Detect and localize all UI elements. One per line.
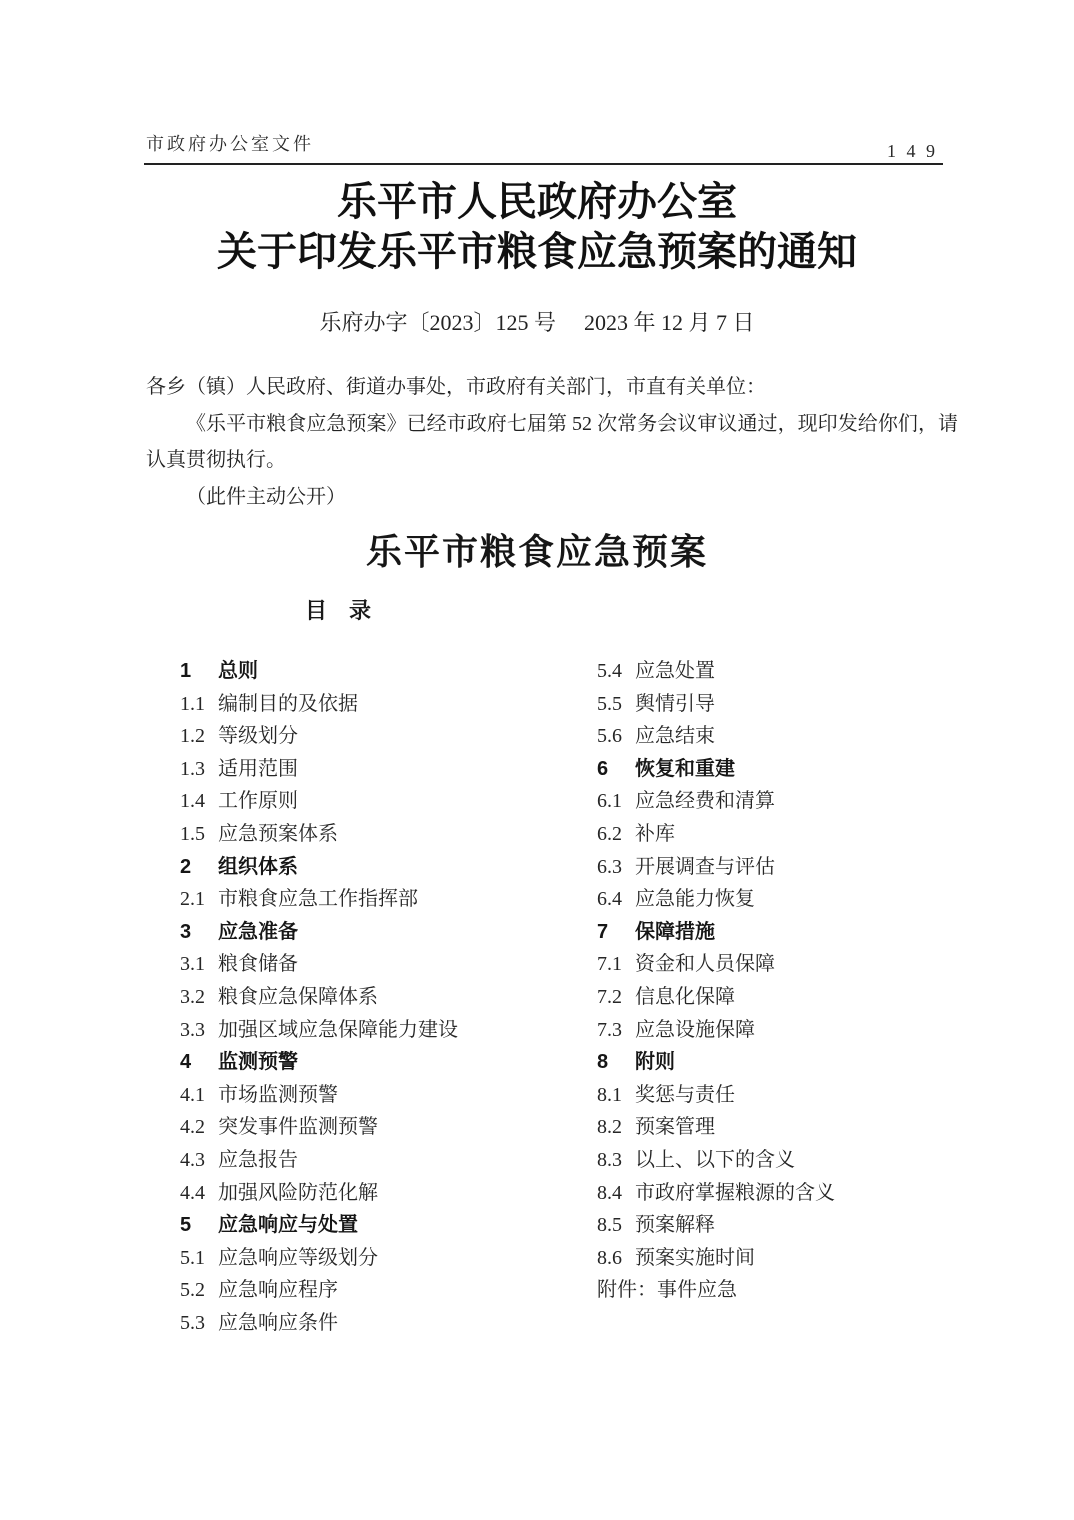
header-doc-type: 市政府办公室文件 xyxy=(146,130,314,156)
toc-item: 4.3应急报告 xyxy=(180,1144,597,1177)
toc-item: 1.2等级划分 xyxy=(180,720,597,753)
toc-item-label: 以上、以下的含义 xyxy=(635,1149,795,1171)
toc-item-label: 预案管理 xyxy=(635,1116,715,1138)
toc-item-label: 监测预警 xyxy=(218,1051,298,1073)
toc-item-label: 市粮食应急工作指挥部 xyxy=(218,888,418,910)
toc-item-label: 应急响应等级划分 xyxy=(218,1247,378,1269)
toc-item-number: 8.6 xyxy=(597,1242,635,1275)
toc-item-label: 市政府掌握粮源的含义 xyxy=(635,1182,835,1204)
toc-item-label: 应急响应与处置 xyxy=(218,1214,358,1236)
document-body: 各乡（镇）人民政府、街道办事处，市政府有关部门，市直有关单位： 《乐平市粮食应急… xyxy=(146,369,958,515)
toc-item: 8.3以上、以下的含义 xyxy=(597,1144,977,1177)
toc-item-label: 粮食储备 xyxy=(218,953,298,975)
toc-item-label: 等级划分 xyxy=(218,725,298,747)
toc-item: 3.2粮食应急保障体系 xyxy=(180,981,597,1014)
header-divider xyxy=(144,163,943,165)
toc-item-label: 应急经费和清算 xyxy=(635,790,775,812)
toc-item-number: 8 xyxy=(597,1046,635,1079)
toc-column-left: 1总则 1.1编制目的及依据 1.2等级划分 1.3适用范围 1.4工作原则 1… xyxy=(180,655,597,1339)
toc-item-label: 奖惩与责任 xyxy=(635,1084,735,1106)
toc-item-number: 4.2 xyxy=(180,1111,218,1144)
toc-item: 6.1应急经费和清算 xyxy=(597,785,977,818)
toc-item-label: 粮食应急保障体系 xyxy=(218,986,378,1008)
toc-item: 6.4应急能力恢复 xyxy=(597,883,977,916)
toc-heading: 目 录 xyxy=(305,594,371,625)
toc-item-number: 3.3 xyxy=(180,1014,218,1047)
toc-item-label: 适用范围 xyxy=(218,758,298,780)
toc-item-number: 6.4 xyxy=(597,883,635,916)
toc-item-number: 8.1 xyxy=(597,1079,635,1112)
toc-item: 7.3应急设施保障 xyxy=(597,1014,977,1047)
toc-item: 4监测预警 xyxy=(180,1046,597,1079)
toc-item-label: 突发事件监测预警 xyxy=(218,1116,378,1138)
toc-item: 7.2信息化保障 xyxy=(597,981,977,1014)
toc-item-number: 5.3 xyxy=(180,1307,218,1340)
toc-item: 1.4工作原则 xyxy=(180,785,597,818)
toc-item: 8.2预案管理 xyxy=(597,1111,977,1144)
toc-item-label: 应急准备 xyxy=(218,921,298,943)
toc-item: 附件：事件应急 xyxy=(597,1274,977,1307)
toc-item-label: 保障措施 xyxy=(635,921,715,943)
document-page: 市政府办公室文件 1 4 9 乐平市人民政府办公室 关于印发乐平市粮食应急预案的… xyxy=(0,0,1074,1520)
salutation: 各乡（镇）人民政府、街道办事处，市政府有关部门，市直有关单位： xyxy=(146,369,958,406)
toc-item-number: 4.4 xyxy=(180,1177,218,1210)
toc-item: 1总则 xyxy=(180,655,597,688)
toc-item-number: 7.3 xyxy=(597,1014,635,1047)
toc-item: 5.1应急响应等级划分 xyxy=(180,1242,597,1275)
toc-item-label: 工作原则 xyxy=(218,790,298,812)
document-meta: 乐府办字〔2023〕125 号2023 年 12 月 7 日 xyxy=(137,306,937,337)
toc-item: 3.1粮食储备 xyxy=(180,948,597,981)
toc-item-number: 5.1 xyxy=(180,1242,218,1275)
toc-item-number: 2.1 xyxy=(180,883,218,916)
toc-item-label: 恢复和重建 xyxy=(635,758,735,780)
toc-item-label: 开展调查与评估 xyxy=(635,856,775,878)
toc-item-label: 应急设施保障 xyxy=(635,1019,755,1041)
toc-item-number: 3.2 xyxy=(180,981,218,1014)
toc-item-number: 5.6 xyxy=(597,720,635,753)
toc-item: 7.1资金和人员保障 xyxy=(597,948,977,981)
toc-item-label: 应急响应条件 xyxy=(218,1312,338,1334)
toc-item: 8.6预案实施时间 xyxy=(597,1242,977,1275)
toc-item-number: 8.5 xyxy=(597,1209,635,1242)
toc-item-label: 预案解释 xyxy=(635,1214,715,1236)
toc-item-number: 1.5 xyxy=(180,818,218,851)
toc-item-label: 应急处置 xyxy=(635,660,715,682)
toc-item-label: 应急报告 xyxy=(218,1149,298,1171)
toc-item-label: 应急结束 xyxy=(635,725,715,747)
document-title: 乐平市人民政府办公室 关于印发乐平市粮食应急预案的通知 xyxy=(137,177,937,277)
toc-item-label: 组织体系 xyxy=(218,856,298,878)
document-number: 乐府办字〔2023〕125 号 xyxy=(319,310,556,335)
toc-item: 5.4应急处置 xyxy=(597,655,977,688)
toc-item-number: 5.2 xyxy=(180,1274,218,1307)
toc-item-number: 8.4 xyxy=(597,1177,635,1210)
toc-item-number: 5 xyxy=(180,1209,218,1242)
toc-item: 2组织体系 xyxy=(180,851,597,884)
toc-item: 8.5预案解释 xyxy=(597,1209,977,1242)
toc-item-label: 应急预案体系 xyxy=(218,823,338,845)
toc-item-number: 8.2 xyxy=(597,1111,635,1144)
toc-item-label: 加强风险防范化解 xyxy=(218,1182,378,1204)
toc-item-label: 资金和人员保障 xyxy=(635,953,775,975)
toc-item-number: 5.4 xyxy=(597,655,635,688)
toc-item-label: 预案实施时间 xyxy=(635,1247,755,1269)
toc-item-number: 8.3 xyxy=(597,1144,635,1177)
toc-item: 6.2补库 xyxy=(597,818,977,851)
toc-item: 3.3加强区域应急保障能力建设 xyxy=(180,1014,597,1047)
toc-item: 6恢复和重建 xyxy=(597,753,977,786)
toc-item-number: 1.3 xyxy=(180,753,218,786)
toc-item: 1.5应急预案体系 xyxy=(180,818,597,851)
toc-item-number: 7.2 xyxy=(597,981,635,1014)
toc-item: 5.5舆情引导 xyxy=(597,688,977,721)
disclosure-note: （此件主动公开） xyxy=(146,479,958,516)
toc-item-label: 舆情引导 xyxy=(635,693,715,715)
toc-item-number: 6.3 xyxy=(597,851,635,884)
table-of-contents: 1总则 1.1编制目的及依据 1.2等级划分 1.3适用范围 1.4工作原则 1… xyxy=(180,655,977,1339)
toc-item: 4.2突发事件监测预警 xyxy=(180,1111,597,1144)
page-number: 1 4 9 xyxy=(887,141,938,162)
toc-item-label: 信息化保障 xyxy=(635,986,735,1008)
toc-item-label: 附则 xyxy=(635,1051,675,1073)
toc-item-number: 6.2 xyxy=(597,818,635,851)
toc-item-number: 4.3 xyxy=(180,1144,218,1177)
toc-item: 6.3开展调查与评估 xyxy=(597,851,977,884)
toc-item-number: 6.1 xyxy=(597,785,635,818)
toc-item-number: 3.1 xyxy=(180,948,218,981)
toc-item: 4.1市场监测预警 xyxy=(180,1079,597,1112)
toc-column-right: 5.4应急处置 5.5舆情引导 5.6应急结束 6恢复和重建 6.1应急经费和清… xyxy=(597,655,977,1307)
toc-item-number: 5.5 xyxy=(597,688,635,721)
toc-item-number: 1.2 xyxy=(180,720,218,753)
toc-item: 8.4市政府掌握粮源的含义 xyxy=(597,1177,977,1210)
toc-item-number: 2 xyxy=(180,851,218,884)
document-title-line1: 乐平市人民政府办公室 xyxy=(137,177,937,227)
toc-item-label: 总则 xyxy=(218,660,258,682)
toc-item: 5.2应急响应程序 xyxy=(180,1274,597,1307)
toc-item: 5.6应急结束 xyxy=(597,720,977,753)
toc-item-label: 应急响应程序 xyxy=(218,1279,338,1301)
toc-item: 5应急响应与处置 xyxy=(180,1209,597,1242)
toc-item: 5.3应急响应条件 xyxy=(180,1307,597,1340)
toc-item: 1.3适用范围 xyxy=(180,753,597,786)
toc-item: 7保障措施 xyxy=(597,916,977,949)
toc-item-number: 1.4 xyxy=(180,785,218,818)
toc-item-number: 3 xyxy=(180,916,218,949)
toc-item: 8.1奖惩与责任 xyxy=(597,1079,977,1112)
toc-item-label: 加强区域应急保障能力建设 xyxy=(218,1019,458,1041)
toc-item: 2.1市粮食应急工作指挥部 xyxy=(180,883,597,916)
toc-item-number: 6 xyxy=(597,753,635,786)
toc-item-number: 1.1 xyxy=(180,688,218,721)
notice-paragraph: 《乐平市粮食应急预案》已经市政府七届第 52 次常务会议审议通过，现印发给你们，… xyxy=(146,406,958,479)
toc-item-number: 4 xyxy=(180,1046,218,1079)
toc-item: 1.1编制目的及依据 xyxy=(180,688,597,721)
toc-item: 3应急准备 xyxy=(180,916,597,949)
toc-item-label: 市场监测预警 xyxy=(218,1084,338,1106)
toc-item-number: 7 xyxy=(597,916,635,949)
toc-item-label: 应急能力恢复 xyxy=(635,888,755,910)
toc-item: 8附则 xyxy=(597,1046,977,1079)
document-date: 2023 年 12 月 7 日 xyxy=(584,310,755,335)
plan-title: 乐平市粮食应急预案 xyxy=(137,524,937,575)
toc-item-label: 编制目的及依据 xyxy=(218,693,358,715)
toc-item-label: 附件：事件应急 xyxy=(597,1279,737,1301)
toc-item-number: 1 xyxy=(180,655,218,688)
toc-item-label: 补库 xyxy=(635,823,675,845)
toc-item-number: 7.1 xyxy=(597,948,635,981)
toc-item-number: 4.1 xyxy=(180,1079,218,1112)
toc-item: 4.4加强风险防范化解 xyxy=(180,1177,597,1210)
document-title-line2: 关于印发乐平市粮食应急预案的通知 xyxy=(137,227,937,277)
